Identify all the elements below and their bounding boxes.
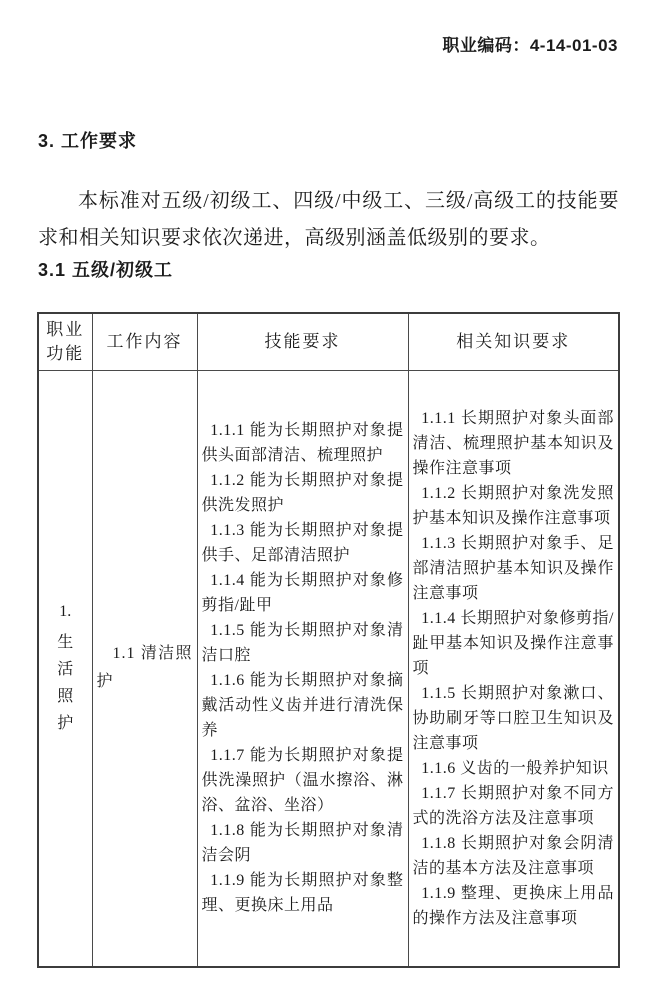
requirement-item: 1.1.4 能为长期照护对象修剪指/趾甲: [202, 568, 404, 618]
table-body-row: 1. 生活照护 1.1 清洁照护 1.1.1 能为长期照护对象提供头面部清洁、梳…: [38, 370, 619, 967]
skills-cell: 1.1.1 能为长期照护对象提供头面部清洁、梳理照护1.1.2 能为长期照护对象…: [197, 370, 408, 967]
requirement-item: 1.1.2 能为长期照护对象提供洗发照护: [202, 468, 404, 518]
section-heading: 3. 工作要求: [38, 127, 137, 153]
requirement-item: 1.1.5 能为长期照护对象清洁口腔: [202, 618, 404, 668]
col-header-work-content: 工作内容: [92, 313, 197, 370]
requirement-item: 1.1.7 长期照护对象不同方式的洗浴方法及注意事项: [413, 781, 615, 831]
col-header-skill-requirements: 技能要求: [197, 313, 408, 370]
occupation-code: 职业编码：4-14-01-03: [442, 31, 618, 56]
knowledge-cell: 1.1.1 长期照护对象头面部清洁、梳理照护基本知识及操作注意事项1.1.2 长…: [408, 370, 619, 967]
document-page: 职业编码：4-14-01-03 3. 工作要求 本标准对五级/初级工、四级/中级…: [0, 0, 646, 990]
requirement-item: 1.1.6 义齿的一般养护知识: [413, 756, 615, 781]
work-content-label: 1.1 清洁照护: [97, 640, 193, 696]
work-content-cell: 1.1 清洁照护: [92, 370, 197, 967]
function-name-vertical: 生活照护: [56, 629, 74, 737]
requirement-item: 1.1.5 长期照护对象漱口、协助刷牙等口腔卫生知识及注意事项: [413, 681, 615, 756]
requirement-item: 1.1.8 能为长期照护对象清洁会阴: [202, 818, 404, 868]
table-header-row: 职业功能 工作内容 技能要求 相关知识要求: [38, 313, 619, 370]
requirement-item: 1.1.3 能为长期照护对象提供手、足部清洁照护: [202, 518, 404, 568]
requirement-item: 1.1.4 长期照护对象修剪指/趾甲基本知识及操作注意事项: [413, 606, 615, 681]
requirement-item: 1.1.8 长期照护对象会阴清洁的基本方法及注意事项: [413, 831, 615, 881]
requirement-item: 1.1.1 能为长期照护对象提供头面部清洁、梳理照护: [202, 418, 404, 468]
requirement-item: 1.1.2 长期照护对象洗发照护基本知识及操作注意事项: [413, 481, 615, 531]
function-number: 1.: [43, 600, 88, 624]
requirements-table: 职业功能 工作内容 技能要求 相关知识要求 1. 生活照护 1.1 清洁照护 1…: [37, 312, 620, 968]
requirement-item: 1.1.1 长期照护对象头面部清洁、梳理照护基本知识及操作注意事项: [413, 406, 615, 481]
intro-paragraph: 本标准对五级/初级工、四级/中级工、三级/高级工的技能要求和相关知识要求依次递进…: [38, 183, 619, 257]
col-header-occupational-function: 职业功能: [38, 313, 92, 370]
requirement-item: 1.1.9 能为长期照护对象整理、更换床上用品: [202, 868, 404, 918]
occupational-function-cell: 1. 生活照护: [38, 370, 92, 967]
requirement-item: 1.1.9 整理、更换床上用品的操作方法及注意事项: [413, 881, 615, 931]
requirement-item: 1.1.6 能为长期照护对象摘戴活动性义齿并进行清洗保养: [202, 668, 404, 743]
requirement-item: 1.1.3 长期照护对象手、足部清洁照护基本知识及操作注意事项: [413, 531, 615, 606]
col-header-knowledge-requirements: 相关知识要求: [408, 313, 619, 370]
subsection-heading: 3.1 五级/初级工: [38, 256, 173, 282]
requirement-item: 1.1.7 能为长期照护对象提供洗澡照护（温水擦浴、淋浴、盆浴、坐浴）: [202, 743, 404, 818]
